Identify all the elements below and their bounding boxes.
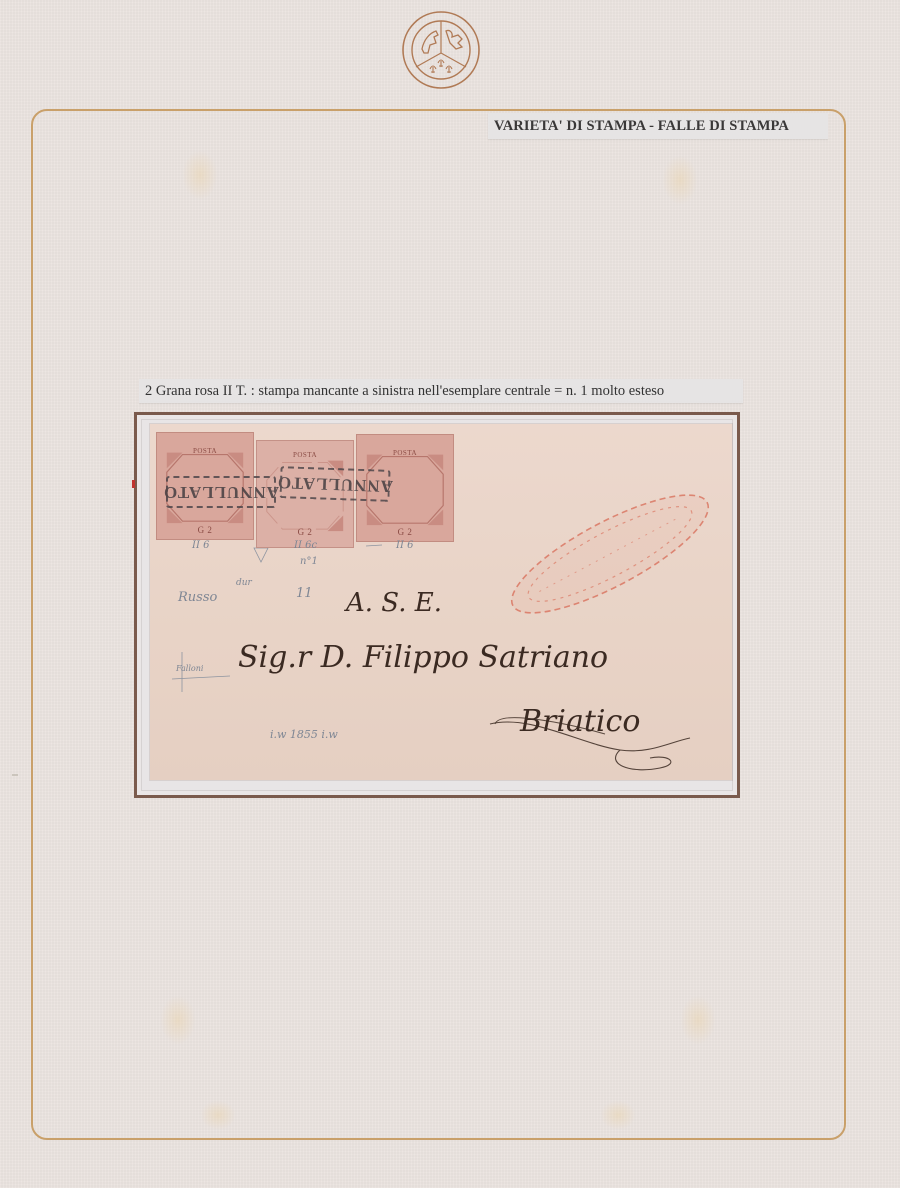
pencil-note-stamp1: II 6 bbox=[192, 540, 209, 551]
pencil-note-margin: Falloni bbox=[176, 664, 203, 673]
stamp-value-text: G 2 bbox=[357, 527, 453, 537]
pencil-note-russo-sup: dur bbox=[236, 578, 252, 588]
mount-ghost-mark bbox=[182, 150, 218, 200]
cancellation-right: ANNULLATO bbox=[279, 466, 390, 502]
section-header-label: VARIETA' DI STAMPA - FALLE DI STAMPA bbox=[488, 113, 828, 139]
stamp-value-text: G 2 bbox=[257, 527, 353, 537]
red-oval-postmark bbox=[498, 474, 722, 634]
mount-ghost-mark bbox=[680, 995, 716, 1045]
page-speck bbox=[12, 774, 18, 776]
pencil-note-stamp3: II 6 bbox=[396, 540, 413, 551]
stamp-top-text: POSTA bbox=[357, 449, 453, 457]
pencil-note-sig: 11 bbox=[296, 586, 313, 601]
address-line-2: Sig.r D. Filippo Satriano bbox=[238, 640, 608, 675]
mount-ghost-mark bbox=[200, 1100, 236, 1130]
address-line-3: Briatico bbox=[520, 704, 640, 739]
pencil-note-bottom: i.w 1855 i.w bbox=[270, 728, 338, 741]
mount-ghost-mark bbox=[600, 1100, 636, 1130]
stamp-top-text: POSTA bbox=[157, 447, 253, 455]
pencil-note-russo: Russo bbox=[178, 590, 217, 605]
stamp-value-text: G 2 bbox=[157, 525, 253, 535]
postal-cover: POSTA G 2 POSTA G 2 POSTA G 2 ANNULLATO … bbox=[150, 424, 732, 780]
mount-ghost-mark bbox=[662, 155, 698, 205]
cover-caption-label: 2 Grana rosa II T. : stampa mancante a s… bbox=[139, 379, 743, 403]
red-edge-mark bbox=[132, 480, 135, 488]
pencil-note-stamp2: II 6c bbox=[294, 540, 317, 551]
cancellation-left: ANNULLATO bbox=[166, 476, 276, 508]
stamp-top-text: POSTA bbox=[257, 451, 353, 459]
pencil-note-stamp2-sub: n°1 bbox=[300, 556, 318, 567]
address-line-1: A. S. E. bbox=[346, 588, 442, 618]
mount-ghost-mark bbox=[160, 995, 196, 1045]
heraldic-emblem-icon bbox=[400, 9, 482, 91]
